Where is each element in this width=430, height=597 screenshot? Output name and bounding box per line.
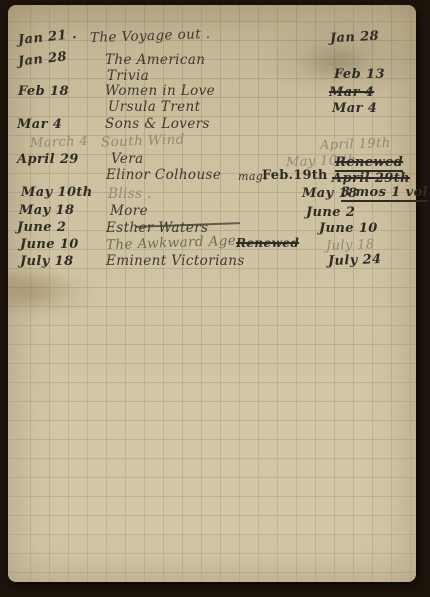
book-title: More: [110, 205, 148, 219]
date-out: Mar 4: [17, 118, 62, 131]
loan-terms-note: 3 mos 1 vol: [341, 186, 428, 202]
book-title: Trivia: [107, 70, 149, 84]
date-returned-crossed-out: Mar 4: [329, 86, 374, 99]
date-out: Feb 18: [18, 85, 69, 98]
date-returned: Feb 13: [334, 68, 385, 81]
book-title: Vera: [111, 153, 144, 167]
library-card-scan: Jan 21 . The Voyage out . Jan 28 Jan 28 …: [8, 5, 416, 582]
date-out: June 2: [17, 221, 66, 234]
date-out: April 29: [17, 153, 79, 166]
date-returned: Mar 4: [332, 102, 377, 115]
date-out: March 4: [30, 135, 89, 150]
date-out: June 10: [20, 238, 79, 251]
renewed-note-crossed-out: Renewed: [335, 156, 403, 172]
book-title: The American: [105, 54, 205, 68]
book-title: Sons & Lovers: [105, 118, 210, 132]
date-returned: April 19th: [320, 137, 391, 152]
date-returned: June 10: [319, 222, 378, 235]
book-title: Women in Love: [105, 85, 215, 99]
book-title: Ursula Trent: [108, 101, 200, 115]
book-title: Bliss .: [108, 188, 152, 202]
date-returned: July 24: [328, 253, 382, 268]
due-date: Feb.19th: [262, 169, 328, 182]
date-out: May 10th: [21, 186, 93, 199]
scanned-card-photo: Jan 21 . The Voyage out . Jan 28 Jan 28 …: [0, 0, 430, 597]
renewed-note-crossed-out: Renewed: [236, 237, 299, 249]
book-title: South Wind: [101, 134, 185, 150]
date-returned: July 18: [326, 238, 375, 253]
book-title: Eminent Victorians: [106, 255, 245, 269]
date-returned: June 2: [306, 206, 355, 219]
date-crossed-out: April 29th: [332, 172, 410, 185]
date-out: July 18: [20, 255, 74, 268]
date-returned: Jan 28: [330, 30, 380, 46]
date-out: May 18: [19, 204, 74, 217]
book-title: Elinor Colhouse: [106, 169, 221, 183]
